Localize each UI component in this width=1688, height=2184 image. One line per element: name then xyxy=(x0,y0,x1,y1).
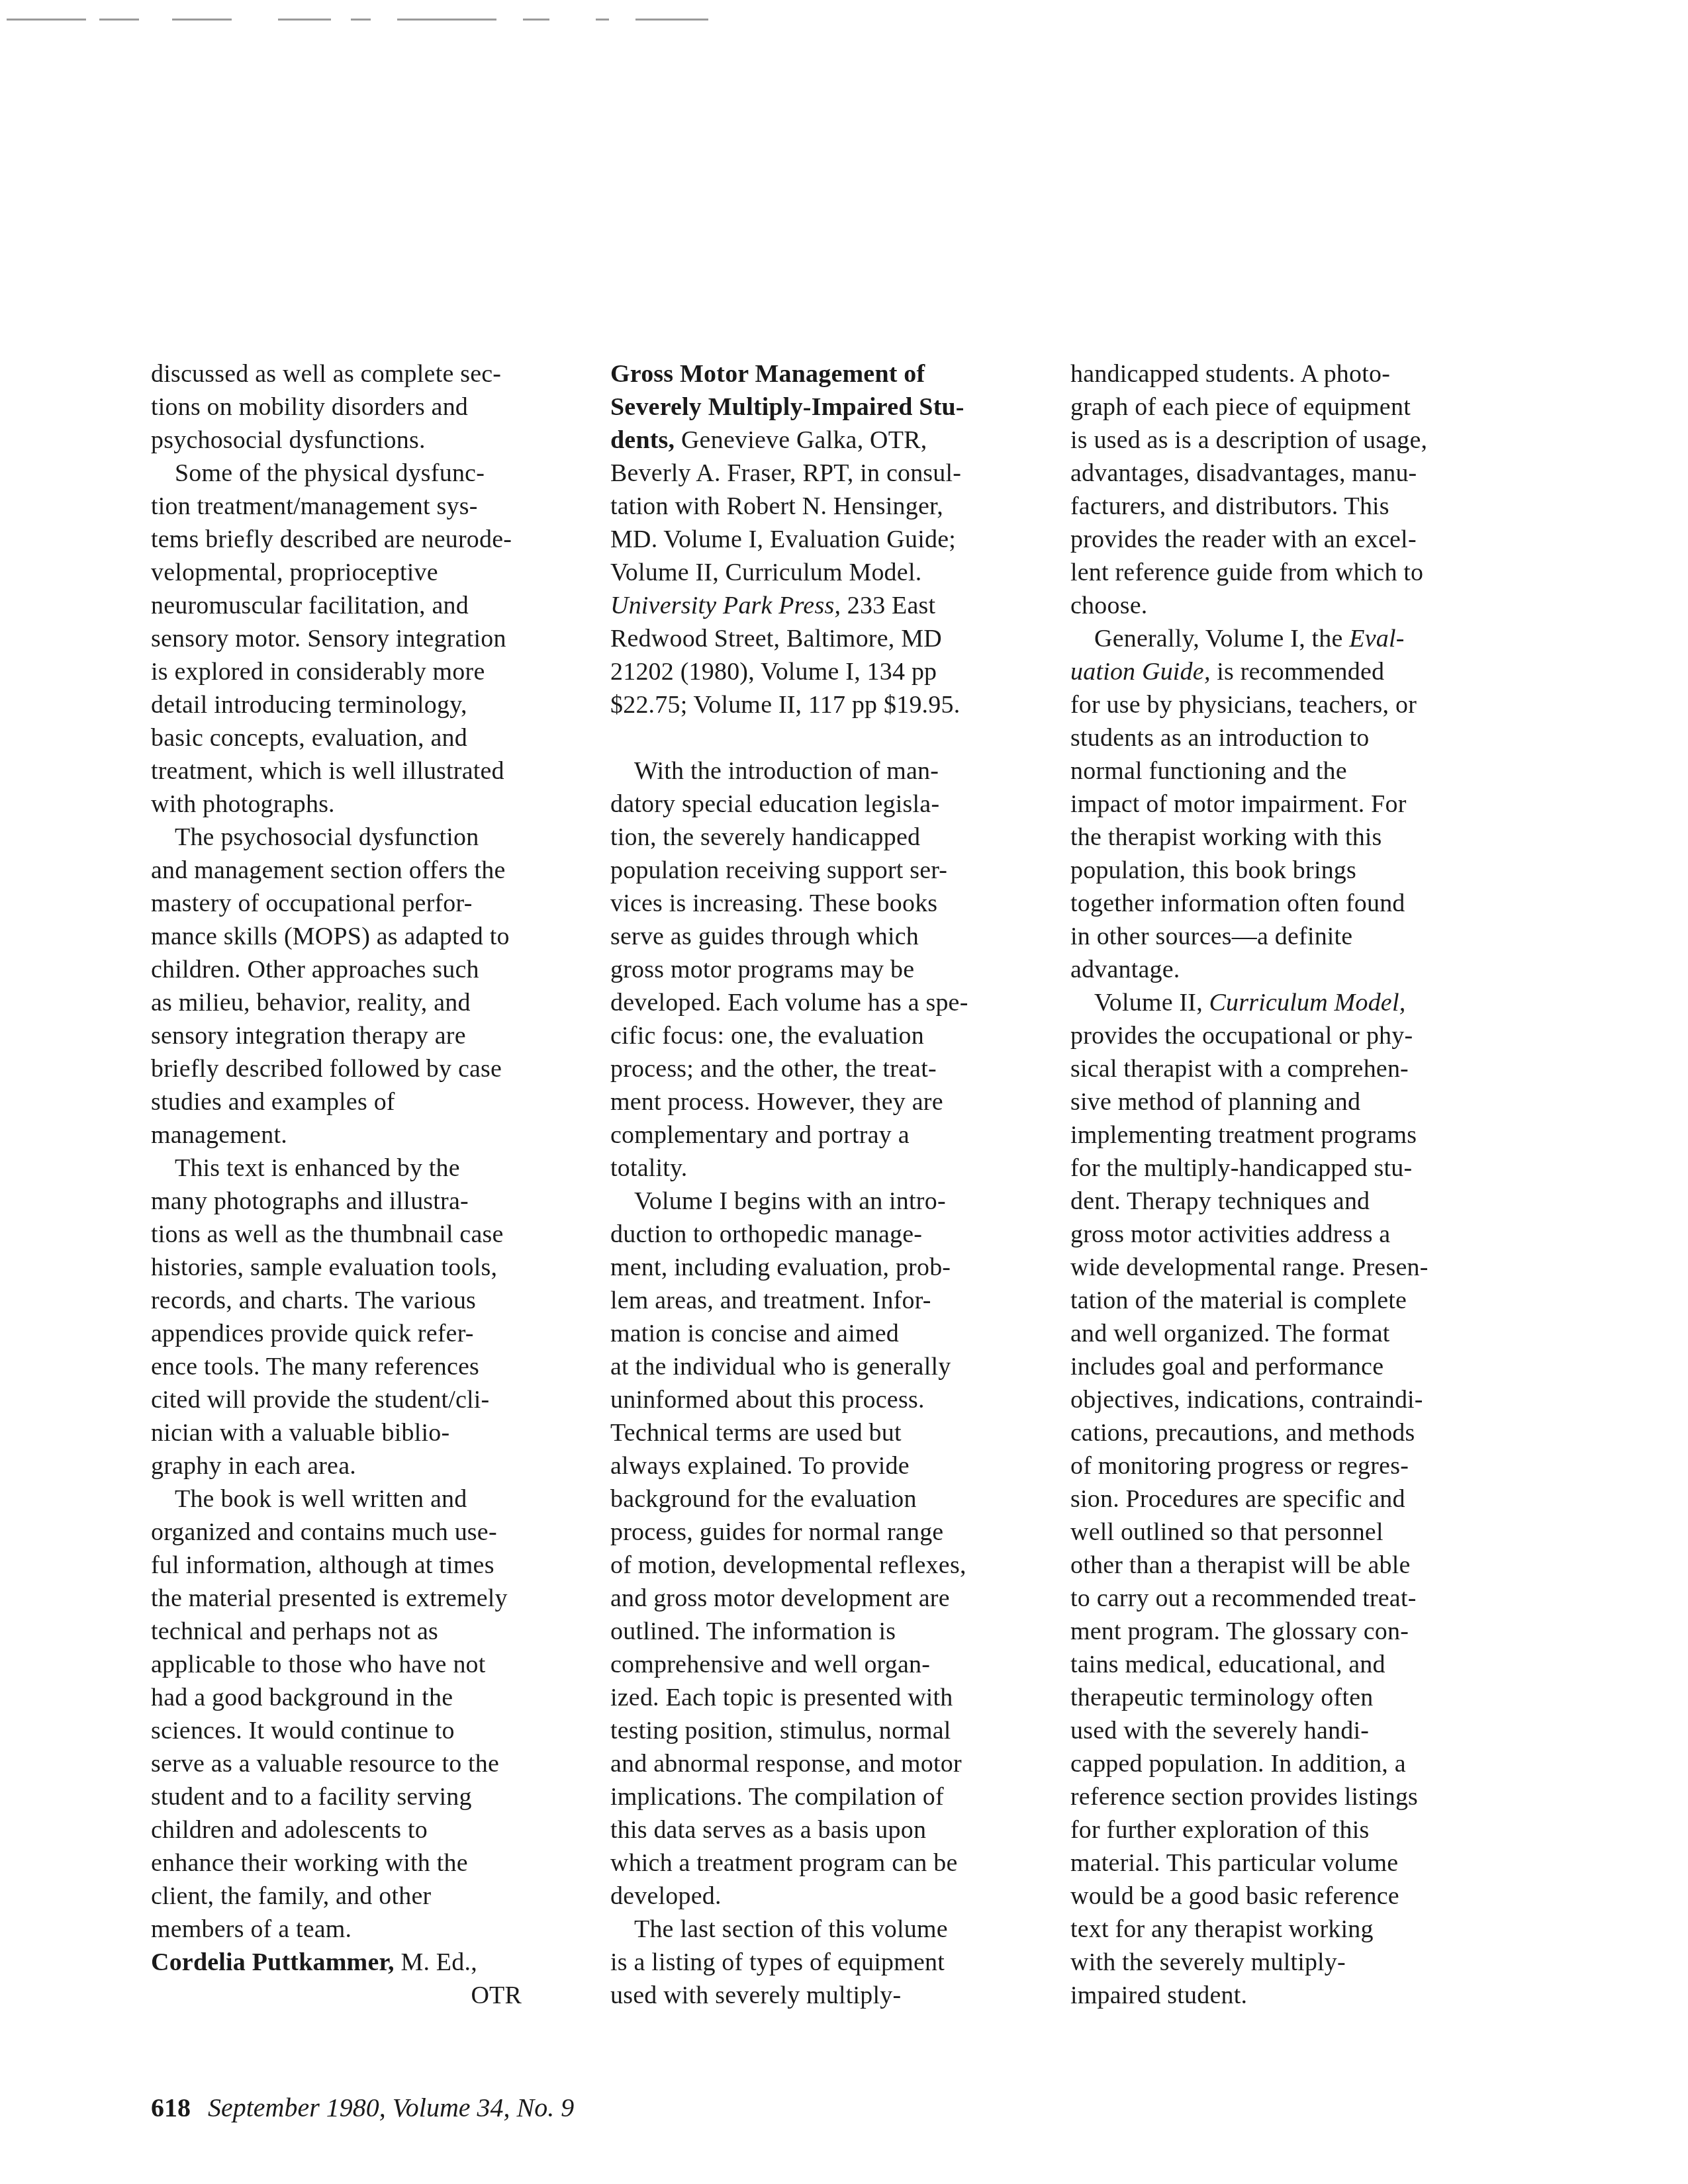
book-citation: Gross Motor Management of Severely Multi… xyxy=(610,357,1034,721)
text-line: cations, precautions, and methods xyxy=(1070,1416,1494,1449)
text-line: tains medical, educational, and xyxy=(1070,1648,1494,1681)
text-line: management. xyxy=(151,1118,575,1152)
book-title: Severely Multiply-Impaired Stu- xyxy=(610,390,1034,424)
text-line: appendices provide quick refer- xyxy=(151,1317,575,1350)
text-line: and well organized. The format xyxy=(1070,1317,1494,1350)
paragraph-start: Volume I begins with an intro- xyxy=(610,1185,1034,1218)
text-line: lent reference guide from which to xyxy=(1070,556,1494,589)
column-3: handicapped students. A photo- graph of … xyxy=(1070,357,1494,2012)
text-line: facturers, and distributors. This xyxy=(1070,490,1494,523)
text-line: testing position, stimulus, normal xyxy=(610,1714,1034,1747)
column-1: discussed as well as complete sec- tions… xyxy=(151,357,575,2012)
citation-line: Volume II, Curriculum Model. xyxy=(610,556,1034,589)
text-line: impaired student. xyxy=(1070,1979,1494,2012)
text-line: ment program. The glossary con- xyxy=(1070,1615,1494,1648)
text-line: choose. xyxy=(1070,589,1494,622)
text-line: gross motor programs may be xyxy=(610,953,1034,986)
text-line: for further exploration of this xyxy=(1070,1813,1494,1846)
text-line: the material presented is extremely xyxy=(151,1582,575,1615)
text-line: duction to orthopedic manage- xyxy=(610,1218,1034,1251)
publisher: University Park Press, xyxy=(610,592,841,619)
text-line: nician with a valuable biblio- xyxy=(151,1416,575,1449)
text-line: population, this book brings xyxy=(1070,854,1494,887)
text-line: well outlined so that personnel xyxy=(1070,1516,1494,1549)
text-line: datory special education legisla- xyxy=(610,788,1034,821)
text-line: ment process. However, they are xyxy=(610,1085,1034,1118)
text-line: implications. The compilation of xyxy=(610,1780,1034,1813)
text-line: complementary and portray a xyxy=(610,1118,1034,1152)
paragraph-start: The last section of this volume xyxy=(610,1913,1034,1946)
text-line: therapeutic terminology often xyxy=(1070,1681,1494,1714)
text-line: uninformed about this process. xyxy=(610,1383,1034,1416)
text-line: cific focus: one, the evaluation xyxy=(610,1019,1034,1052)
text-line: graph of each piece of equipment xyxy=(1070,390,1494,424)
text-line: developed. xyxy=(610,1880,1034,1913)
text-line: sical therapist with a comprehen- xyxy=(1070,1052,1494,1085)
text-line: children. Other approaches such xyxy=(151,953,575,986)
text-line: tions as well as the thumbnail case xyxy=(151,1218,575,1251)
text-line: totality. xyxy=(610,1152,1034,1185)
issue-info: September 1980, Volume 34, No. 9 xyxy=(208,2093,574,2122)
text-line: text for any therapist working xyxy=(1070,1913,1494,1946)
text-line: in other sources—a definite xyxy=(1070,920,1494,953)
text-line: and gross motor development are xyxy=(610,1582,1034,1615)
text-line: provides the reader with an excel- xyxy=(1070,523,1494,556)
text-line: of motion, developmental reflexes, xyxy=(610,1549,1034,1582)
text-span: is recommended xyxy=(1211,658,1385,686)
text-line: children and adolescents to xyxy=(151,1813,575,1846)
text-line: is a listing of types of equipment xyxy=(610,1946,1034,1979)
text-line: which a treatment program can be xyxy=(610,1846,1034,1880)
text-line: applicable to those who have not xyxy=(151,1648,575,1681)
text-line: ized. Each topic is presented with xyxy=(610,1681,1034,1714)
address: 233 East xyxy=(841,592,935,619)
text-line: material. This particular volume xyxy=(1070,1846,1494,1880)
text-line: outlined. The information is xyxy=(610,1615,1034,1648)
text-line: vices is increasing. These books xyxy=(610,887,1034,920)
text-line: sive method of planning and xyxy=(1070,1085,1494,1118)
text-span: Generally, Volume I, the xyxy=(1094,625,1349,653)
text-line: psychosocial dysfunctions. xyxy=(151,424,575,457)
reviewer-credentials-line2: OTR xyxy=(151,1979,522,2012)
text-line: treatment, which is well illustrated xyxy=(151,754,575,788)
text-line: the therapist working with this xyxy=(1070,821,1494,854)
text-line: other than a therapist will be able xyxy=(1070,1549,1494,1582)
citation-line: University Park Press, 233 East xyxy=(610,589,1034,622)
authors: Genevieve Galka, OTR, xyxy=(675,426,927,454)
text-line: ful information, although at times xyxy=(151,1549,575,1582)
text-line: population receiving support ser- xyxy=(610,854,1034,887)
paragraph-start: The book is well written and xyxy=(151,1482,575,1516)
text-line: of monitoring progress or regres- xyxy=(1070,1449,1494,1482)
book-title-italic: Curriculum Model, xyxy=(1209,989,1406,1017)
text-line: wide developmental range. Presen- xyxy=(1070,1251,1494,1284)
text-line: serve as a valuable resource to the xyxy=(151,1747,575,1780)
paragraph-start: Volume II, Curriculum Model, xyxy=(1070,986,1494,1019)
text-line: used with the severely handi- xyxy=(1070,1714,1494,1747)
page-footer: 618September 1980, Volume 34, No. 9 xyxy=(151,2091,574,2124)
column-2: Gross Motor Management of Severely Multi… xyxy=(610,357,1034,2012)
text-line: histories, sample evaluation tools, xyxy=(151,1251,575,1284)
text-line: discussed as well as complete sec- xyxy=(151,357,575,390)
citation-line: Beverly A. Fraser, RPT, in consul- xyxy=(610,457,1034,490)
text-line: gross motor activities address a xyxy=(1070,1218,1494,1251)
text-line: many photographs and illustra- xyxy=(151,1185,575,1218)
text-line: graphy in each area. xyxy=(151,1449,575,1482)
text-line: always explained. To provide xyxy=(610,1449,1034,1482)
text-line: impact of motor impairment. For xyxy=(1070,788,1494,821)
citation-line: tation with Robert N. Hensinger, xyxy=(610,490,1034,523)
text-line: tation of the material is complete xyxy=(1070,1284,1494,1317)
text-line: briefly described followed by case xyxy=(151,1052,575,1085)
text-line: sion. Procedures are specific and xyxy=(1070,1482,1494,1516)
text-line: with photographs. xyxy=(151,788,575,821)
text-line: uation Guide, is recommended xyxy=(1070,655,1494,688)
text-line: detail introducing terminology, xyxy=(151,688,575,721)
text-line: neuromuscular facilitation, and xyxy=(151,589,575,622)
text-line: process, guides for normal range xyxy=(610,1516,1034,1549)
citation-line: dents, Genevieve Galka, OTR, xyxy=(610,424,1034,457)
text-line: at the individual who is generally xyxy=(610,1350,1034,1383)
text-line: for the multiply-handicapped stu- xyxy=(1070,1152,1494,1185)
book-title-italic: uation Guide, xyxy=(1070,658,1211,686)
text-line: studies and examples of xyxy=(151,1085,575,1118)
text-line: handicapped students. A photo- xyxy=(1070,357,1494,390)
text-line: student and to a facility serving xyxy=(151,1780,575,1813)
text-line: to carry out a recommended treat- xyxy=(1070,1582,1494,1615)
text-line: as milieu, behavior, reality, and xyxy=(151,986,575,1019)
text-line: enhance their working with the xyxy=(151,1846,575,1880)
text-line: tions on mobility disorders and xyxy=(151,390,575,424)
text-line: mation is concise and aimed xyxy=(610,1317,1034,1350)
text-line: mance skills (MOPS) as adapted to xyxy=(151,920,575,953)
book-title: dents, xyxy=(610,426,675,454)
text-line: advantage. xyxy=(1070,953,1494,986)
text-line: dent. Therapy techniques and xyxy=(1070,1185,1494,1218)
book-title: Gross Motor Management of xyxy=(610,357,1034,390)
text-line: mastery of occupational perfor- xyxy=(151,887,575,920)
text-line: is explored in considerably more xyxy=(151,655,575,688)
text-line: serve as guides through which xyxy=(610,920,1034,953)
reviewer-name: Cordelia Puttkammer, xyxy=(151,1948,395,1976)
text-line: organized and contains much use- xyxy=(151,1516,575,1549)
paragraph-start: The psychosocial dysfunction xyxy=(151,821,575,854)
text-line: background for the evaluation xyxy=(610,1482,1034,1516)
text-line: tion, the severely handicapped xyxy=(610,821,1034,854)
text-line: for use by physicians, teachers, or xyxy=(1070,688,1494,721)
text-line: process; and the other, the treat- xyxy=(610,1052,1034,1085)
paragraph-start: Generally, Volume I, the Eval- xyxy=(1070,622,1494,655)
scan-artifact-top xyxy=(0,19,715,28)
text-line: includes goal and performance xyxy=(1070,1350,1494,1383)
text-line: would be a good basic reference xyxy=(1070,1880,1494,1913)
text-line: advantages, disadvantages, manu- xyxy=(1070,457,1494,490)
page-number: 618 xyxy=(151,2093,191,2122)
text-line: sensory integration therapy are xyxy=(151,1019,575,1052)
paragraph-start: With the introduction of man- xyxy=(610,754,1034,788)
text-line: members of a team. xyxy=(151,1913,575,1946)
text-line: tems briefly described are neurode- xyxy=(151,523,575,556)
text-line: technical and perhaps not as xyxy=(151,1615,575,1648)
text-line: normal functioning and the xyxy=(1070,754,1494,788)
text-line: sensory motor. Sensory integration xyxy=(151,622,575,655)
paragraph-start: Some of the physical dysfunc- xyxy=(151,457,575,490)
text-line: tion treatment/management sys- xyxy=(151,490,575,523)
text-line: developed. Each volume has a spe- xyxy=(610,986,1034,1019)
citation-line: MD. Volume I, Evaluation Guide; xyxy=(610,523,1034,556)
text-line: provides the occupational or phy- xyxy=(1070,1019,1494,1052)
reviewer-credentials: M. Ed., xyxy=(395,1948,477,1976)
text-line: with the severely multiply- xyxy=(1070,1946,1494,1979)
text-line: sciences. It would continue to xyxy=(151,1714,575,1747)
text-line: records, and charts. The various xyxy=(151,1284,575,1317)
text-line: had a good background in the xyxy=(151,1681,575,1714)
text-line: ence tools. The many references xyxy=(151,1350,575,1383)
text-line: velopmental, proprioceptive xyxy=(151,556,575,589)
text-line: Technical terms are used but xyxy=(610,1416,1034,1449)
text-line: and abnormal response, and motor xyxy=(610,1747,1034,1780)
text-line: implementing treatment programs xyxy=(1070,1118,1494,1152)
citation-line: 21202 (1980), Volume I, 134 pp xyxy=(610,655,1034,688)
reviewer-signature: Cordelia Puttkammer, M. Ed., xyxy=(151,1946,575,1979)
text-line: client, the family, and other xyxy=(151,1880,575,1913)
text-line: reference section provides listings xyxy=(1070,1780,1494,1813)
text-line: basic concepts, evaluation, and xyxy=(151,721,575,754)
text-line: this data serves as a basis upon xyxy=(610,1813,1034,1846)
text-line: ment, including evaluation, prob- xyxy=(610,1251,1034,1284)
text-span: Volume II, xyxy=(1094,989,1209,1017)
book-title-italic: Eval- xyxy=(1349,625,1404,653)
text-line: lem areas, and treatment. Infor- xyxy=(610,1284,1034,1317)
text-line: students as an introduction to xyxy=(1070,721,1494,754)
paragraph-start: This text is enhanced by the xyxy=(151,1152,575,1185)
text-line: comprehensive and well organ- xyxy=(610,1648,1034,1681)
text-line: and management section offers the xyxy=(151,854,575,887)
citation-line: Redwood Street, Baltimore, MD xyxy=(610,622,1034,655)
text-line: is used as is a description of usage, xyxy=(1070,424,1494,457)
text-line: cited will provide the student/cli- xyxy=(151,1383,575,1416)
text-line: together information often found xyxy=(1070,887,1494,920)
text-line: capped population. In addition, a xyxy=(1070,1747,1494,1780)
citation-line: $22.75; Volume II, 117 pp $19.95. xyxy=(610,688,1034,721)
text-line: objectives, indications, contraindi- xyxy=(1070,1383,1494,1416)
text-line: used with severely multiply- xyxy=(610,1979,1034,2012)
